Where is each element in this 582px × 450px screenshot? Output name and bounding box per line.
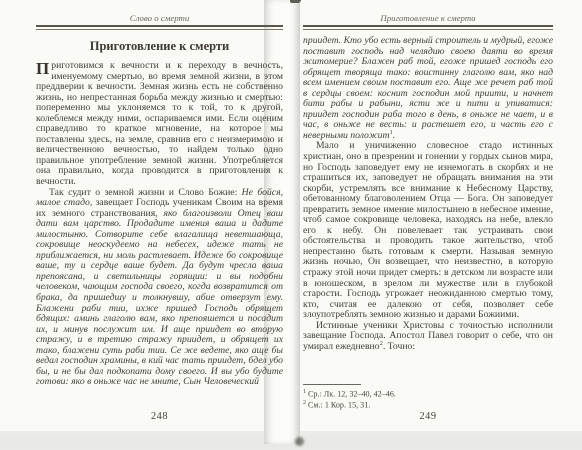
paragraph: Истинные ученики Христовы с точностью ис…: [303, 321, 553, 353]
running-head-right: Приготовление к смерти: [303, 13, 553, 23]
text-segment: . Точно:: [383, 341, 415, 352]
right-page-text: приидет. Кто убо есть верный строитель и…: [303, 36, 553, 366]
text-segment: риготовимся к вечности и к переходу в ве…: [36, 61, 283, 187]
page-number-right: 249: [303, 411, 553, 422]
left-page-text: Приготовимся к вечности и к переходу в в…: [36, 61, 283, 391]
running-head-left: Слово о смерти: [36, 13, 283, 23]
spine-bottom-shadow: [295, 437, 304, 446]
footnote-rule: [303, 384, 361, 385]
text-segment: Мало и уничиженно словесное стадо истинн…: [303, 140, 553, 320]
spine-top-edge: [290, 0, 301, 3]
header-rule-right: [303, 25, 553, 30]
text-segment: приидет. Кто убо есть верный строитель и…: [303, 36, 553, 141]
dropcap: П: [36, 61, 51, 75]
footnotes: 1Ср.: Лк. 12, 32–40, 42–46.2См.: 1 Кор. …: [303, 384, 553, 411]
footnote-text: Ср.: Лк. 12, 32–40, 42–46.: [308, 390, 396, 399]
paragraph: Приготовимся к вечности и к переходу в в…: [36, 61, 283, 188]
footnote: 2См.: 1 Кор. 15, 31.: [303, 399, 553, 410]
paragraph: приидет. Кто убо есть верный строитель и…: [303, 36, 553, 141]
paragraph: Мало и уничиженно словесное стадо истинн…: [303, 141, 553, 320]
chapter-title: Приготовление к смерти: [36, 39, 283, 54]
footnote: 1Ср.: Лк. 12, 32–40, 42–46.: [303, 388, 553, 399]
book-photo: Слово о смерти Приготовление к смерти Пр…: [0, 0, 582, 450]
paragraph: Так судит о земной жизни и Слово Божие: …: [36, 188, 283, 388]
text-segment: Так судит о земной жизни и Слово Божие:: [49, 187, 242, 198]
header-rule-left: [36, 25, 283, 30]
page-number-left: 248: [36, 411, 283, 422]
left-page: Слово о смерти Приготовление к смерти Пр…: [36, 13, 283, 391]
text-segment: Истинные ученики Христовы с точностью ис…: [303, 320, 553, 352]
text-segment: яко благоизволи Отец ваш дати вам царств…: [36, 208, 283, 388]
text-segment: .: [393, 130, 395, 141]
right-page: Приготовление к смерти приидет. Кто убо …: [303, 13, 553, 366]
footnote-text: См.: 1 Кор. 15, 31.: [308, 401, 370, 410]
